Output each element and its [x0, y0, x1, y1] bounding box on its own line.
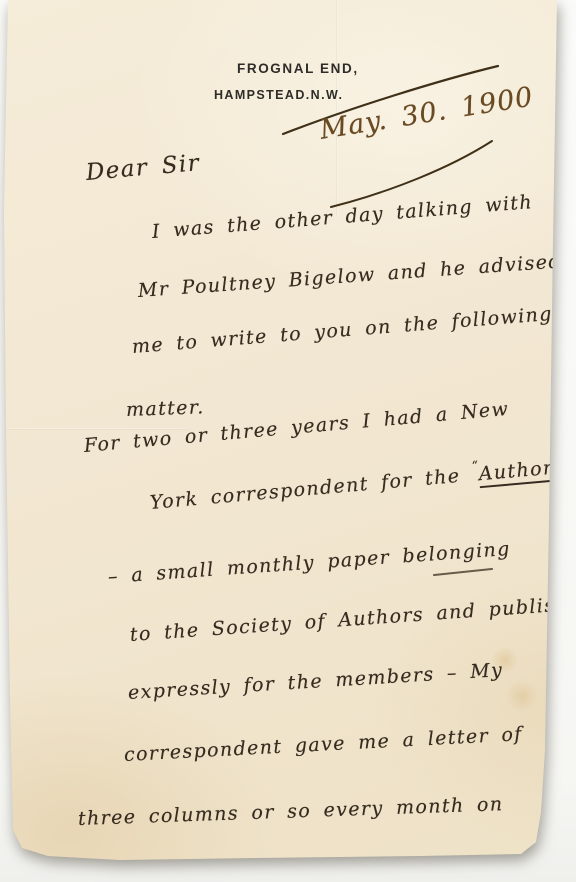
letter-line: three columns or so every month on: [78, 793, 504, 830]
ink-strike-mark: [433, 568, 493, 576]
letter-line: to the Society of Authors and published: [129, 592, 576, 646]
paper-crease-vertical: [336, 0, 338, 215]
line-text: York correspondent for the: [149, 465, 461, 514]
raised-close-quote: ”: [552, 451, 559, 465]
letter-line: – a small monthly paper belonging: [107, 538, 511, 588]
letter-line: me to write to you on the following: [131, 303, 553, 358]
letterhead-address-line2: HAMPSTEAD.N.W.: [214, 88, 343, 102]
paper-stain: [504, 682, 540, 710]
raised-open-quote: “: [471, 458, 478, 472]
letter-line: Mr Poultney Bigelow and he advised: [137, 250, 562, 302]
salutation: Dear Sir: [85, 150, 201, 186]
letter-line: correspondent gave me a letter of: [123, 723, 523, 766]
letter-paper: FROGNAL END, HAMPSTEAD.N.W. May. 30. 190…: [0, 0, 576, 882]
letter-line: I was the other day talking with: [151, 191, 534, 243]
handwritten-date: May. 30. 1900: [318, 81, 536, 145]
underlined-word: Author: [478, 457, 555, 488]
scanned-letter: FROGNAL END, HAMPSTEAD.N.W. May. 30. 190…: [0, 0, 576, 882]
letter-line: expressly for the members – My: [127, 659, 503, 704]
letterhead-address-line1: FROGNAL END,: [237, 61, 359, 76]
letter-line: York correspondent for the “Author”: [149, 456, 560, 514]
letter-line: matter.: [126, 396, 205, 421]
